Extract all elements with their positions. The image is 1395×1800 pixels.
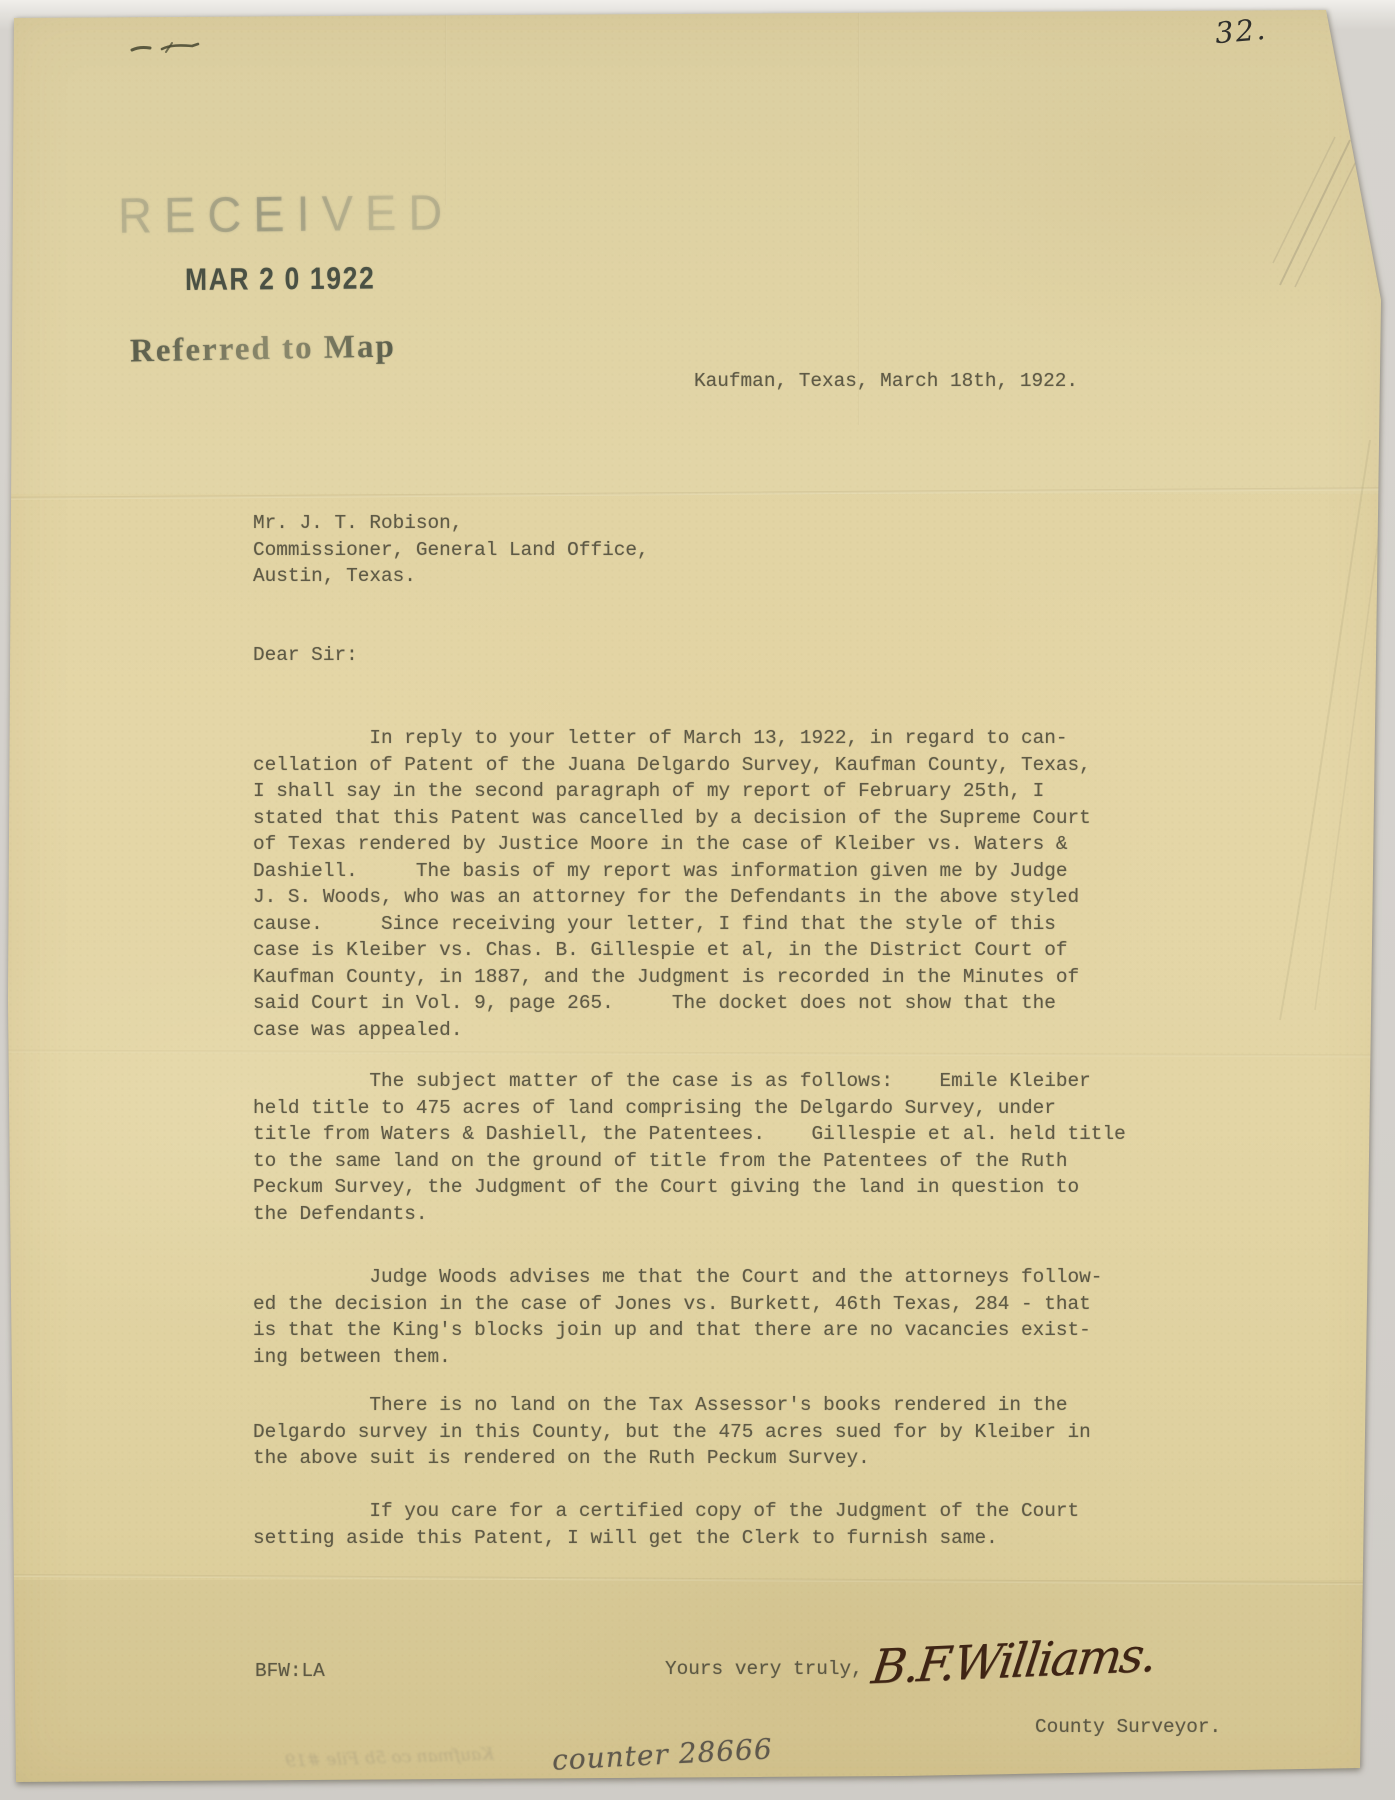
- received-stamp: RECEIVED: [118, 183, 455, 245]
- mirrored-ghost-note: Kaufman co 5b File #19: [285, 1744, 495, 1771]
- pencil-check-mark: [126, 34, 206, 60]
- dateline: Kaufman, Texas, March 18th, 1922.: [694, 368, 1078, 395]
- pencil-streak-right-edge: [1220, 430, 1390, 1030]
- typist-initials: BFW:LA: [255, 1658, 325, 1685]
- page-number: 32.: [1214, 12, 1269, 50]
- scanned-letter-background: 32. RECEIVED MAR 2 0 1922 Referred to Ma…: [0, 0, 1395, 1800]
- paragraph-2: The subject matter of the case is as fol…: [253, 1068, 1126, 1227]
- paragraph-1: In reply to your letter of March 13, 192…: [253, 725, 1091, 1043]
- vertical-crease-2: [858, 10, 860, 425]
- recipient-address: Mr. J. T. Robison, Commissioner, General…: [253, 510, 649, 590]
- referred-to-map-stamp: Referred to Map: [130, 328, 396, 370]
- fold-crease-2: [0, 1050, 1395, 1058]
- counter-number-note: counter 28666: [551, 1732, 773, 1777]
- fold-shade-upper: [0, 0, 1395, 494]
- vertical-crease-1: [445, 10, 447, 205]
- paragraph-3: Judge Woods advises me that the Court an…: [253, 1264, 1102, 1370]
- fold-crease-3: [0, 1574, 1395, 1586]
- fold-crease-1: [0, 487, 1395, 500]
- pencil-scribble-top-right: [1255, 135, 1375, 295]
- signature-handwriting: B.F.Williams.: [868, 1628, 1158, 1696]
- paragraph-5: If you care for a certified copy of the …: [253, 1498, 1079, 1551]
- signature-title: County Surveyor.: [1035, 1714, 1221, 1741]
- received-date-stamp: MAR 2 0 1922: [185, 260, 376, 298]
- valediction: Yours very truly,: [665, 1656, 863, 1683]
- letter-page: 32. RECEIVED MAR 2 0 1922 Referred to Ma…: [0, 0, 1395, 1800]
- salutation: Dear Sir:: [253, 642, 358, 669]
- paragraph-4: There is no land on the Tax Assessor's b…: [253, 1392, 1091, 1472]
